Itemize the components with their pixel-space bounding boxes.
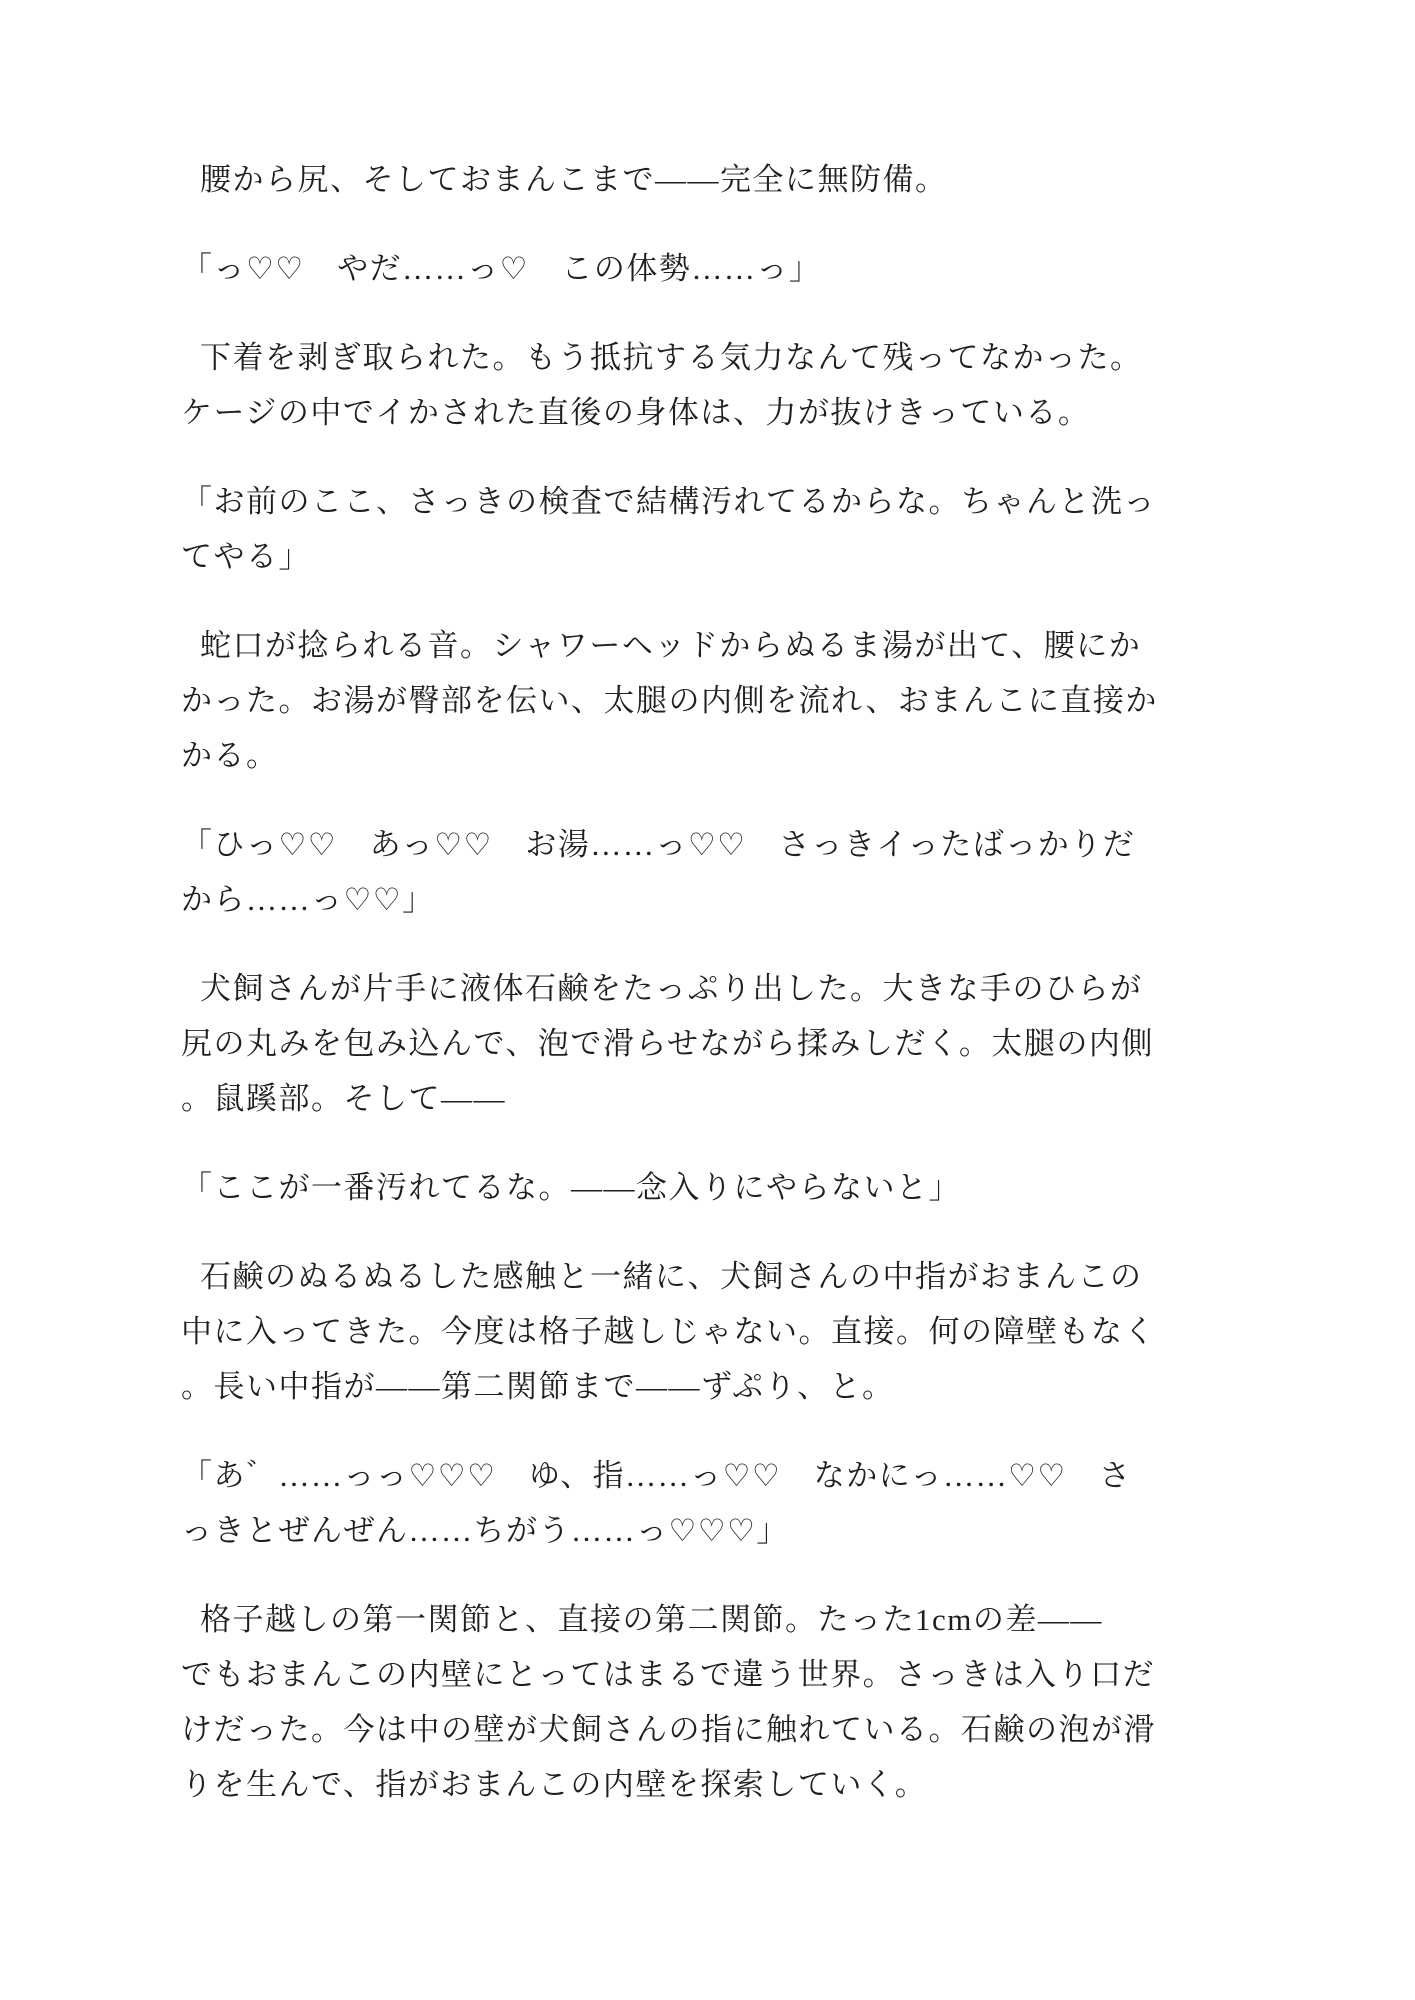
text-line: 蛇口が捻られる音。シャワーヘッドからぬるま湯が出て、腰にか	[181, 618, 1270, 673]
dialogue-paragraph: 「あ゛……っっ♡♡♡ ゆ、指……っ♡♡ なかにっ……♡♡ さっきとぜんぜん……ち…	[181, 1448, 1270, 1558]
text-line: りを生んで、指がおまんこの内壁を探索していく。	[181, 1757, 1270, 1812]
dialogue-paragraph: 「ひっ♡♡ あっ♡♡ お湯……っ♡♡ さっきイったばっかりだから……っ♡♡」	[181, 817, 1270, 927]
narration-paragraph: 格子越しの第一関節と、直接の第二関節。たった1cmの差——でもおまんこの内壁にと…	[181, 1592, 1270, 1812]
text-line: 「ひっ♡♡ あっ♡♡ お湯……っ♡♡ さっきイったばっかりだ	[181, 817, 1270, 872]
text-line: 石鹸のぬるぬるした感触と一緒に、犬飼さんの中指がおまんこの	[181, 1249, 1270, 1304]
text-line: 「ここが一番汚れてるな。——念入りにやらないと」	[181, 1160, 1270, 1215]
narration-paragraph: 下着を剥ぎ取られた。もう抵抗する気力なんて残ってなかった。ケージの中でイかされた…	[181, 330, 1270, 440]
text-line: 「あ゛……っっ♡♡♡ ゆ、指……っ♡♡ なかにっ……♡♡ さ	[181, 1448, 1270, 1503]
text-line: 。長い中指が——第二関節まで——ずぷり、と。	[181, 1359, 1270, 1414]
text-line: っきとぜんぜん……ちがう……っ♡♡♡」	[181, 1503, 1270, 1558]
text-line: ケージの中でイかされた直後の身体は、力が抜けきっている。	[181, 385, 1270, 440]
text-line: 中に入ってきた。今度は格子越しじゃない。直接。何の障壁もなく	[181, 1304, 1270, 1359]
text-line: 犬飼さんが片手に液体石鹸をたっぷり出した。大きな手のひらが	[181, 961, 1270, 1016]
narration-paragraph: 石鹸のぬるぬるした感触と一緒に、犬飼さんの中指がおまんこの中に入ってきた。今度は…	[181, 1249, 1270, 1414]
narration-paragraph: 蛇口が捻られる音。シャワーヘッドからぬるま湯が出て、腰にかかった。お湯が臀部を伝…	[181, 618, 1270, 783]
text-line: 「お前のここ、さっきの検査で結構汚れてるからな。ちゃんと洗っ	[181, 474, 1270, 529]
text-line: 下着を剥ぎ取られた。もう抵抗する気力なんて残ってなかった。	[181, 330, 1270, 385]
text-line: かる。	[181, 728, 1270, 783]
text-line: 腰から尻、そしておまんこまで——完全に無防備。	[181, 152, 1270, 207]
text-line: けだった。今は中の壁が犬飼さんの指に触れている。石鹸の泡が滑	[181, 1702, 1270, 1757]
text-line: かった。お湯が臀部を伝い、太腿の内側を流れ、おまんこに直接か	[181, 673, 1270, 728]
narration-paragraph: 犬飼さんが片手に液体石鹸をたっぷり出した。大きな手のひらが尻の丸みを包み込んで、…	[181, 961, 1270, 1126]
text-line: から……っ♡♡」	[181, 872, 1270, 927]
text-line: 「っ♡♡ やだ……っ♡ この体勢……っ」	[181, 241, 1270, 296]
text-line: でもおまんこの内壁にとってはまるで違う世界。さっきは入り口だ	[181, 1647, 1270, 1702]
text-column: 腰から尻、そしておまんこまで——完全に無防備。「っ♡♡ やだ……っ♡ この体勢……	[181, 152, 1270, 1812]
narration-paragraph: 腰から尻、そしておまんこまで——完全に無防備。	[181, 152, 1270, 207]
dialogue-paragraph: 「っ♡♡ やだ……っ♡ この体勢……っ」	[181, 241, 1270, 296]
text-line: てやる」	[181, 529, 1270, 584]
dialogue-paragraph: 「お前のここ、さっきの検査で結構汚れてるからな。ちゃんと洗ってやる」	[181, 474, 1270, 584]
text-line: 。鼠蹊部。そして——	[181, 1071, 1270, 1126]
text-line: 格子越しの第一関節と、直接の第二関節。たった1cmの差——	[181, 1592, 1270, 1647]
dialogue-paragraph: 「ここが一番汚れてるな。——念入りにやらないと」	[181, 1160, 1270, 1215]
text-line: 尻の丸みを包み込んで、泡で滑らせながら揉みしだく。太腿の内側	[181, 1016, 1270, 1071]
page: 腰から尻、そしておまんこまで——完全に無防備。「っ♡♡ やだ……っ♡ この体勢……	[0, 0, 1415, 2000]
